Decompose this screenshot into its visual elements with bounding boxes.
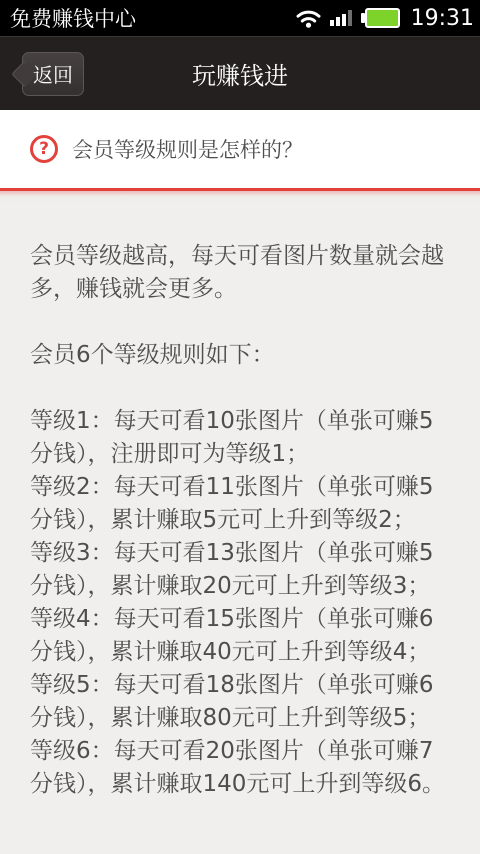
status-app-title: 免费赚钱中心: [10, 3, 296, 33]
rule-item: 等级6：每天可看20张图片（单张可赚7分钱），累计赚取140元可上升到等级6。: [30, 735, 450, 801]
intro-paragraph: 会员等级越高，每天可看图片数量就会越多，赚钱就会更多。: [30, 240, 450, 306]
rule-item: 等级4：每天可看15张图片（单张可赚6分钱），累计赚取40元可上升到等级4；: [30, 603, 450, 669]
header-bar: 返回 玩赚钱进: [0, 36, 480, 110]
content-scroll-area[interactable]: 会员等级越高，每天可看图片数量就会越多，赚钱就会更多。 会员6个等级规则如下： …: [0, 191, 480, 854]
status-time: 19:31: [411, 6, 474, 31]
rules-list: 等级1：每天可看10张图片（单张可赚5分钱），注册即可为等级1； 等级2：每天可…: [30, 405, 450, 801]
rule-item: 等级3：每天可看13张图片（单张可赚5分钱），累计赚取20元可上升到等级3；: [30, 537, 450, 603]
signal-strength-icon: [330, 10, 352, 26]
back-button-label: 返回: [33, 59, 73, 88]
app-screen: 免费赚钱中心 19:31 返回 玩赚钱进 ? 会员等级规则是怎样的？: [0, 0, 480, 854]
status-icons: 19:31: [296, 6, 474, 31]
question-mark-icon: ?: [30, 135, 58, 163]
rule-item: 等级5：每天可看18张图片（单张可赚6分钱），累计赚取80元可上升到等级5；: [30, 669, 450, 735]
faq-question-row: ? 会员等级规则是怎样的？: [0, 110, 480, 188]
rule-item: 等级1：每天可看10张图片（单张可赚5分钱），注册即可为等级1；: [30, 405, 450, 471]
rules-heading: 会员6个等级规则如下：: [30, 339, 450, 372]
battery-icon: [365, 8, 400, 28]
back-button[interactable]: 返回: [22, 52, 84, 96]
status-bar: 免费赚钱中心 19:31: [0, 0, 480, 36]
faq-question-title: 会员等级规则是怎样的？: [72, 134, 303, 164]
divider-shadow: [0, 191, 480, 203]
wifi-icon: [296, 9, 321, 28]
rule-item: 等级2：每天可看11张图片（单张可赚5分钱），累计赚取5元可上升到等级2；: [30, 471, 450, 537]
